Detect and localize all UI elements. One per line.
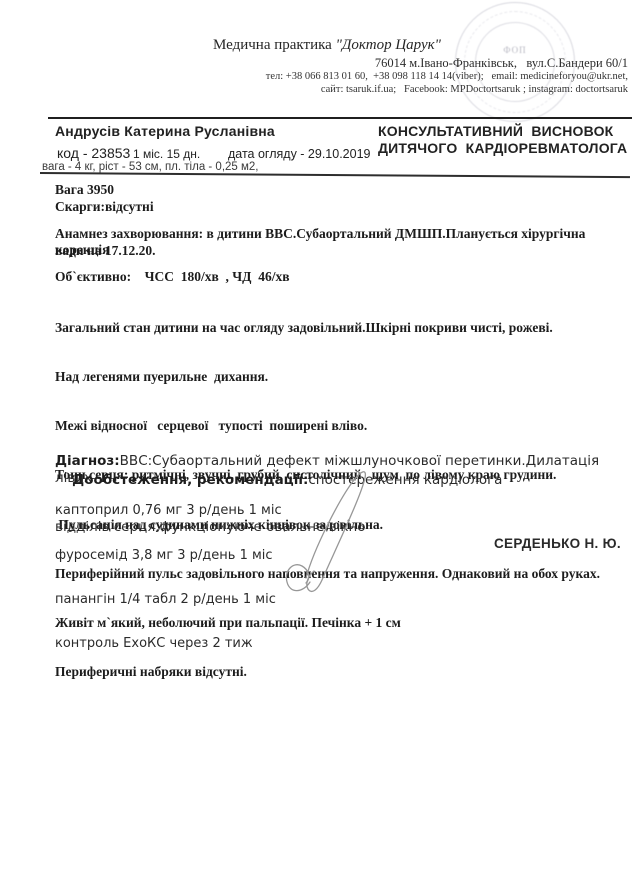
objective-finding: Загальний стан дитини на час огляду задо… <box>55 320 635 336</box>
weight-note: Вага 3950 <box>55 182 114 198</box>
exam-date: дата огляду - 29.10.2019 <box>228 147 371 161</box>
patient-age: 1 міс. 15 дн. <box>133 147 200 161</box>
objective-heading: Об`єктивно: ЧСС 180/хв , ЧД 46/хв <box>55 269 290 285</box>
clinic-title: Медична практика "Доктор Царук" <box>213 37 441 54</box>
doctor-signature <box>265 450 385 600</box>
report-title-line2: ДИТЯЧОГО КАРДІОРЕВМАТОЛОГА <box>378 140 627 156</box>
stamp-center-text: ФОП <box>455 45 575 55</box>
stamp-inner-ring <box>475 22 555 102</box>
report-title-line1: КОНСУЛЬТАТИВНИЙ ВИСНОВОК <box>378 123 613 139</box>
complaints: Скарги:відсутні <box>55 199 154 215</box>
clinic-seal-stamp: ФОП <box>455 2 575 122</box>
anamnesis-line2: вади на 17.12.20. <box>55 243 156 259</box>
patient-anthropometry: вага - 4 кг, ріст - 53 см, пл. тіла - 0,… <box>42 161 259 173</box>
patient-code: код - 23853 <box>57 145 130 161</box>
clinic-title-name: "Доктор Царук" <box>336 37 441 53</box>
prescription-item: контроль ЕхоКС через 2 тиж <box>55 637 475 652</box>
divider-top <box>48 117 632 119</box>
objective-finding: Над легенями пуерильне дихання. <box>55 369 635 385</box>
clinic-title-prefix: Медична практика <box>213 37 336 53</box>
patient-name: Андрусів Катерина Русланівна <box>55 123 275 139</box>
scanned-medical-document: Медична практика "Доктор Царук" 76014 м.… <box>0 0 638 877</box>
doctor-name: СЕРДЕНЬКО Н. Ю. <box>494 536 621 551</box>
